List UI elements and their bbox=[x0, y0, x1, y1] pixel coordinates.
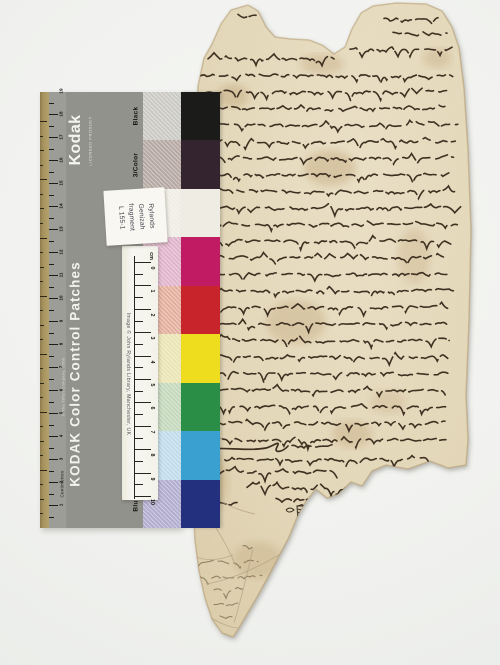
color-patch-yellow bbox=[181, 334, 220, 382]
cm-number: 6 bbox=[149, 407, 155, 410]
ruler-half-tick bbox=[134, 461, 143, 462]
tiffen-copyright-text: © The Tiffen Company, 2000 bbox=[61, 358, 66, 417]
color-patch-cyan bbox=[181, 431, 220, 479]
ruler-tick bbox=[134, 496, 151, 497]
ruler-tick bbox=[134, 356, 151, 357]
kodak-title-text: KODAK Color Control Patches bbox=[68, 261, 83, 486]
cm-number: 9 bbox=[149, 477, 155, 480]
cm-number: 1 bbox=[149, 290, 155, 293]
ruler-tick bbox=[134, 379, 151, 380]
kodak-logo: Kodak bbox=[67, 115, 85, 166]
cm-number: 5 bbox=[149, 384, 155, 387]
ruler-half-tick bbox=[134, 297, 143, 298]
ruler-half-tick bbox=[134, 344, 143, 345]
ruler-tick bbox=[134, 402, 151, 403]
digitised-manuscript-photo: 12345678910111213141516171819 Black3/Col… bbox=[0, 0, 500, 665]
ruler-tick bbox=[134, 473, 151, 474]
shelfmark-sticker: RylandsGenizahfragmentL 155-1 bbox=[103, 187, 167, 246]
ruler-tick bbox=[134, 426, 151, 427]
sketch-curve bbox=[300, 502, 330, 547]
ruler-tick bbox=[134, 285, 151, 286]
ruler-tick bbox=[134, 449, 151, 450]
color-patch-green bbox=[181, 383, 220, 431]
ruler-tick bbox=[134, 262, 151, 263]
centimetres-label: Centimetres bbox=[60, 471, 65, 498]
licensed-product-text: LICENSED PRODUCT bbox=[88, 116, 93, 165]
color-patch-blue bbox=[181, 480, 220, 528]
cm-scale-strip: cm Image © John Rylands Library, Manches… bbox=[122, 246, 158, 500]
ruler-half-tick bbox=[134, 274, 143, 275]
patch-label: Black bbox=[133, 107, 140, 126]
seal-scribble-fill bbox=[298, 504, 334, 529]
ruler-tick bbox=[134, 332, 151, 333]
shelfmark-line: fragment bbox=[125, 203, 137, 231]
color-patch-black bbox=[181, 92, 220, 140]
shelfmark-line: L 155-1 bbox=[115, 203, 127, 231]
ruler-half-tick bbox=[134, 484, 143, 485]
cm-number: 0 bbox=[149, 267, 155, 270]
ruler-half-tick bbox=[134, 391, 143, 392]
ruler-half-tick bbox=[134, 321, 143, 322]
cm-number: 4 bbox=[149, 360, 155, 363]
patch-labels: Black3/ColorWhiteMagentaRedYellowGreenCy… bbox=[40, 92, 181, 528]
ruler-half-tick bbox=[134, 367, 143, 368]
seal-tail bbox=[310, 531, 315, 562]
shelfmark-text: RylandsGenizahfragmentL 155-1 bbox=[115, 202, 156, 232]
kodak-color-target: 12345678910111213141516171819 Black3/Col… bbox=[40, 92, 181, 528]
ruler-tick bbox=[134, 309, 151, 310]
scale-baseline bbox=[134, 256, 135, 499]
cm-number: 10 bbox=[149, 499, 155, 505]
color-patch-white bbox=[181, 189, 220, 237]
cm-number: 8 bbox=[149, 454, 155, 457]
patch-label: 3/Color bbox=[133, 152, 140, 177]
paper-texture bbox=[185, 0, 480, 665]
cm-unit-label: cm bbox=[148, 252, 154, 260]
color-patch-magenta bbox=[181, 237, 220, 285]
seal-outline bbox=[297, 505, 337, 531]
ruler-half-tick bbox=[134, 438, 143, 439]
solid-patches-column bbox=[181, 92, 220, 528]
ruler-half-tick bbox=[134, 414, 143, 415]
cm-number: 2 bbox=[149, 313, 155, 316]
library-credit-text: Image © John Rylands Library, Manchester… bbox=[125, 313, 131, 436]
cm-number: 3 bbox=[149, 337, 155, 340]
color-patch-3color bbox=[181, 140, 220, 188]
cm-number: 7 bbox=[149, 430, 155, 433]
color-patch-red bbox=[181, 286, 220, 334]
